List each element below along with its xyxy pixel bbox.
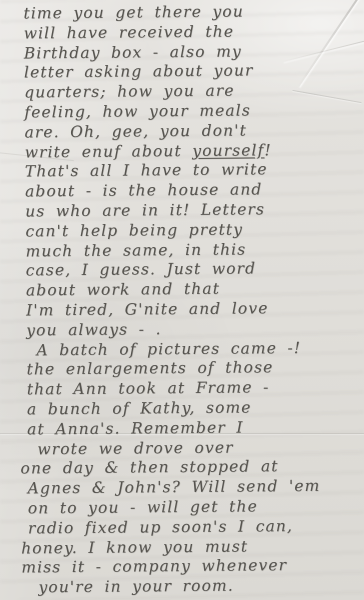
line-prefix: write enuf about <box>25 142 193 161</box>
underlined-word: yourself <box>192 141 264 160</box>
letter-line: Agnes & John's? Will send 'em <box>28 477 358 500</box>
handwritten-letter-body: time you get there you will have receive… <box>23 2 358 599</box>
line-suffix: ! <box>264 141 272 159</box>
letter-line: you're in your room. <box>28 576 358 599</box>
letter-page: time you get there you will have receive… <box>0 0 364 600</box>
